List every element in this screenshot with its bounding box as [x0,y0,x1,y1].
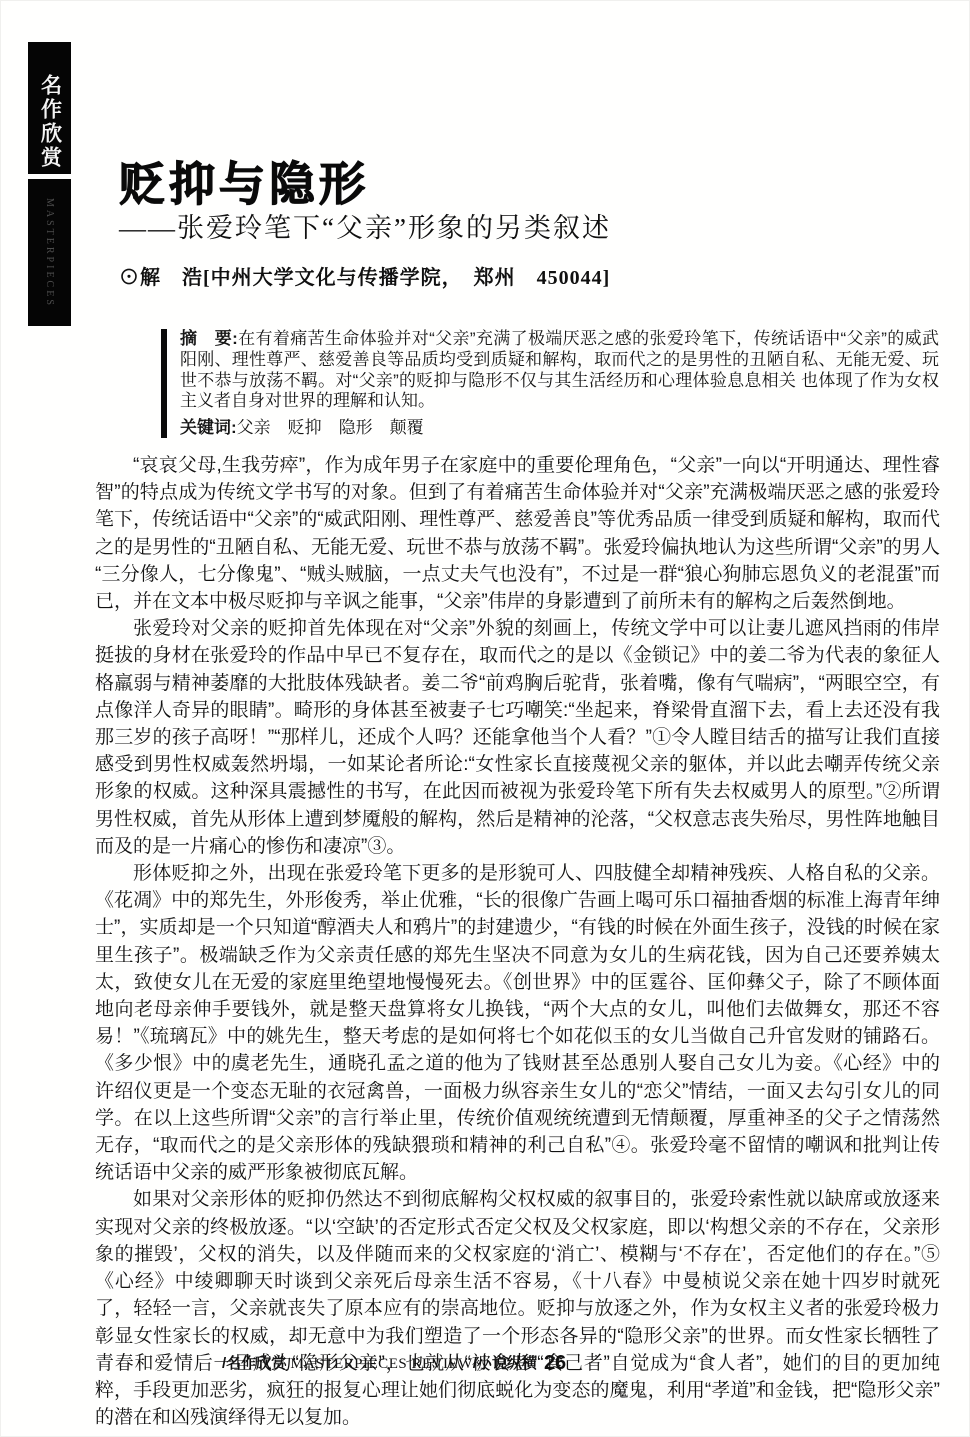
footer-journal-latin: MASTERPIECES REVIEW [290,1356,472,1372]
body-paragraph: 如果对父亲形体的贬抑仍然达不到彻底解构父权权威的叙事目的，张爱玲索性就以缺席或放… [95,1186,940,1431]
article-subtitle: ——张爱玲笔下“父亲”形象的另类叙述 [119,212,611,244]
journal-name-vertical-text: 名作欣赏 [35,74,65,174]
abstract-block: 摘 要:在有着痛苦生命体验并对“父亲”充满了极端厌恶之感的张爱玲笔下，传统话语中… [161,329,939,438]
body-paragraph: 形体贬抑之外，出现在张爱玲笔下更多的是形貌可人、四肢健全却精神残疾、人格自私的父… [95,860,940,1186]
scanned-journal-page: 名作欣赏 MASTERPIECES 贬抑与隐形 ——张爱玲笔下“父亲”形象的另类… [0,0,970,1437]
author-affiliation-line: ⊙解 浩[中州大学文化与传播学院， 郑州 450044] [119,266,610,290]
article-title: 贬抑与隐形 [119,160,369,208]
abstract-body: 在有着痛苦生命体验并对“父亲”充满了极端厌恶之感的张爱玲笔下，传统话语中“父亲”… [180,329,939,410]
article-body: “哀哀父母,生我劳瘁”，作为成年男子在家庭中的重要伦理角色，“父亲”一向以“开明… [95,452,940,1431]
footer-section-cn: /小说纵横 [473,1355,537,1372]
body-paragraph: 张爱玲对父亲的贬抑首先体现在对“父亲”外貌的刻画上，传统文学中可以让妻儿遮风挡雨… [95,615,940,860]
footer-page-number: 26 [544,1352,566,1374]
keywords-label: 关键词: [180,418,237,437]
abstract-text: 摘 要:在有着痛苦生命体验并对“父亲”充满了极端厌恶之感的张爱玲笔下，传统话语中… [180,329,939,412]
journal-name-en-bar: MASTERPIECES [28,179,71,326]
footer-journal-cn: /名作欣赏 [222,1355,290,1372]
journal-name-bar: 名作欣赏 [28,42,71,174]
body-paragraph: “哀哀父母,生我劳瘁”，作为成年男子在家庭中的重要伦理角色，“父亲”一向以“开明… [95,452,940,615]
abstract-label: 摘 要: [180,329,238,348]
journal-name-en-vertical-text: MASTERPIECES [44,198,55,308]
keywords-line: 关键词:父亲 贬抑 隐形 颠覆 [180,417,939,438]
keywords-text: 父亲 贬抑 隐形 颠覆 [237,418,424,437]
page-footer: /名作欣赏 MASTERPIECES REVIEW/小说纵横26 [222,1352,566,1375]
